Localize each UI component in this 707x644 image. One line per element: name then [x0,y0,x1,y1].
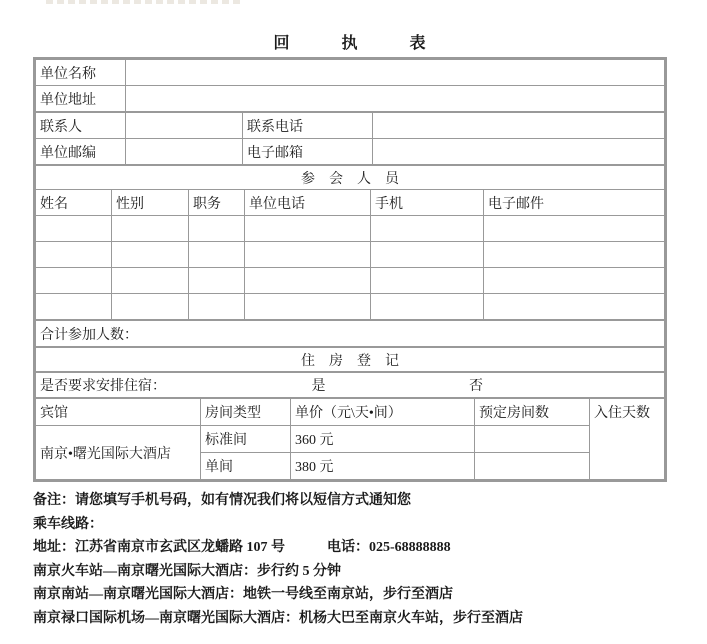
participant-email-cell[interactable] [484,216,665,242]
note-remark: 备注：请您填写手机号码，如有情况我们将以短信方式通知您 [33,489,673,513]
col-header-unit-phone: 单位电话 [245,190,371,216]
room-type-single: 单间 [201,453,291,480]
unit-name-label: 单位名称 [36,60,126,86]
stay-days-cell[interactable]: 入住天数 [590,399,665,480]
table-row: 宾馆 房间类型 单价（元\天•间） 预定房间数 入住天数 [36,399,665,426]
email-label: 电子邮箱 [243,139,373,165]
table-row: 联系人 联系电话 [36,113,665,139]
room-price-single: 380 元 [291,453,475,480]
col-header-email: 电子邮件 [484,190,665,216]
option-yes[interactable]: 是 [312,379,326,394]
participant-position-cell[interactable] [189,216,245,242]
cropped-text-artifact [46,0,241,4]
participant-email-cell[interactable] [484,294,665,320]
total-count-field[interactable]: 合计参加人数： [36,321,665,347]
contact-person-label: 联系人 [36,113,126,139]
participant-position-cell[interactable] [189,268,245,294]
unit-address-field[interactable] [126,86,665,112]
email-field[interactable] [373,139,665,165]
participant-name-cell[interactable] [36,294,112,320]
participant-name-cell[interactable] [36,216,112,242]
lodging-question-cell: 是否要求安排住宿： 是 否 [36,373,665,398]
table-row: 单位名称 [36,60,665,86]
note-address: 地址：江苏省南京市玄武区龙蟠路 107 号 电话：025-68888888 [33,536,673,560]
table-row: 参 会 人 员 [36,166,665,190]
reply-form-table: 单位名称 单位地址 联系人 联系电话 单位邮编 电子邮箱 [33,57,667,482]
reserved-rooms-standard-field[interactable] [475,426,590,453]
participant-gender-cell[interactable] [112,242,189,268]
room-row-standard: 南京•曙光国际大酒店 标准间 360 元 [36,426,665,453]
unit-name-field[interactable] [126,60,665,86]
lodging-title-table: 住 房 登 记 [35,347,665,372]
contact-phone-field[interactable] [373,113,665,139]
participant-email-cell[interactable] [484,242,665,268]
total-count-table: 合计参加人数： [35,320,665,347]
col-header-mobile: 手机 [371,190,484,216]
table-row: 合计参加人数： [36,321,665,347]
option-no[interactable]: 否 [469,379,483,394]
table-row: 单位邮编 电子邮箱 [36,139,665,165]
participant-unit-phone-cell[interactable] [245,216,371,242]
hotel-col-header-price: 单价（元\天•间） [291,399,475,426]
note-route-south-station: 南京南站—南京曙光国际大酒店：地铁一号线至南京站，步行至酒店 [33,583,673,607]
participant-position-cell[interactable] [189,242,245,268]
unit-info-table: 单位名称 单位地址 [35,59,665,112]
note-route-title: 乘车线路： [33,513,673,537]
reply-form-document: 回 执 表 单位名称 单位地址 联系人 联系电话 单 [0,0,707,630]
lodging-section-title: 住 房 登 记 [36,348,665,372]
participant-email-cell[interactable] [484,268,665,294]
table-row: 是否要求安排住宿： 是 否 [36,373,665,398]
participant-gender-cell[interactable] [112,294,189,320]
postal-code-label: 单位邮编 [36,139,126,165]
col-header-name: 姓名 [36,190,112,216]
participant-mobile-cell[interactable] [371,294,484,320]
note-route-airport: 南京禄口国际机场—南京曙光国际大酒店：机杨大巴至南京火车站，步行至酒店 [33,607,673,631]
participant-gender-cell[interactable] [112,216,189,242]
participant-unit-phone-cell[interactable] [245,268,371,294]
table-row: 姓名 性别 职务 单位电话 手机 电子邮件 [36,190,665,216]
participant-row [36,216,665,242]
table-row: 单位地址 [36,86,665,112]
participant-row [36,294,665,320]
col-header-gender: 性别 [112,190,189,216]
lodging-question-table: 是否要求安排住宿： 是 否 [35,372,665,398]
contact-person-field[interactable] [126,113,243,139]
room-price-standard: 360 元 [291,426,475,453]
participant-name-cell[interactable] [36,268,112,294]
participant-gender-cell[interactable] [112,268,189,294]
form-title: 回 执 表 [33,30,667,53]
participant-unit-phone-cell[interactable] [245,294,371,320]
notes-block: 备注：请您填写手机号码，如有情况我们将以短信方式通知您 乘车线路： 地址：江苏省… [33,489,673,630]
contact-phone-label: 联系电话 [243,113,373,139]
participants-table: 参 会 人 员 姓名 性别 职务 单位电话 手机 电子邮件 [35,165,665,320]
unit-address-label: 单位地址 [36,86,126,112]
hotel-name-cell: 南京•曙光国际大酒店 [36,426,201,480]
hotel-col-header-room-type: 房间类型 [201,399,291,426]
contact-info-table: 联系人 联系电话 单位邮编 电子邮箱 [35,112,665,165]
hotel-table: 宾馆 房间类型 单价（元\天•间） 预定房间数 入住天数 南京•曙光国际大酒店 … [35,398,665,480]
table-row: 住 房 登 记 [36,348,665,372]
lodging-question-label: 是否要求安排住宿： [40,379,166,394]
participant-row [36,242,665,268]
participant-mobile-cell[interactable] [371,216,484,242]
room-type-standard: 标准间 [201,426,291,453]
hotel-col-header-reserved: 预定房间数 [475,399,590,426]
postal-code-field[interactable] [126,139,243,165]
participant-unit-phone-cell[interactable] [245,242,371,268]
participant-row [36,268,665,294]
note-route-railway-station: 南京火车站—南京曙光国际大酒店：步行约 5 分钟 [33,560,673,584]
participant-name-cell[interactable] [36,242,112,268]
hotel-col-header-hotel: 宾馆 [36,399,201,426]
col-header-position: 职务 [189,190,245,216]
participant-mobile-cell[interactable] [371,268,484,294]
participant-position-cell[interactable] [189,294,245,320]
participant-mobile-cell[interactable] [371,242,484,268]
participants-section-title: 参 会 人 员 [36,166,665,190]
reserved-rooms-single-field[interactable] [475,453,590,480]
